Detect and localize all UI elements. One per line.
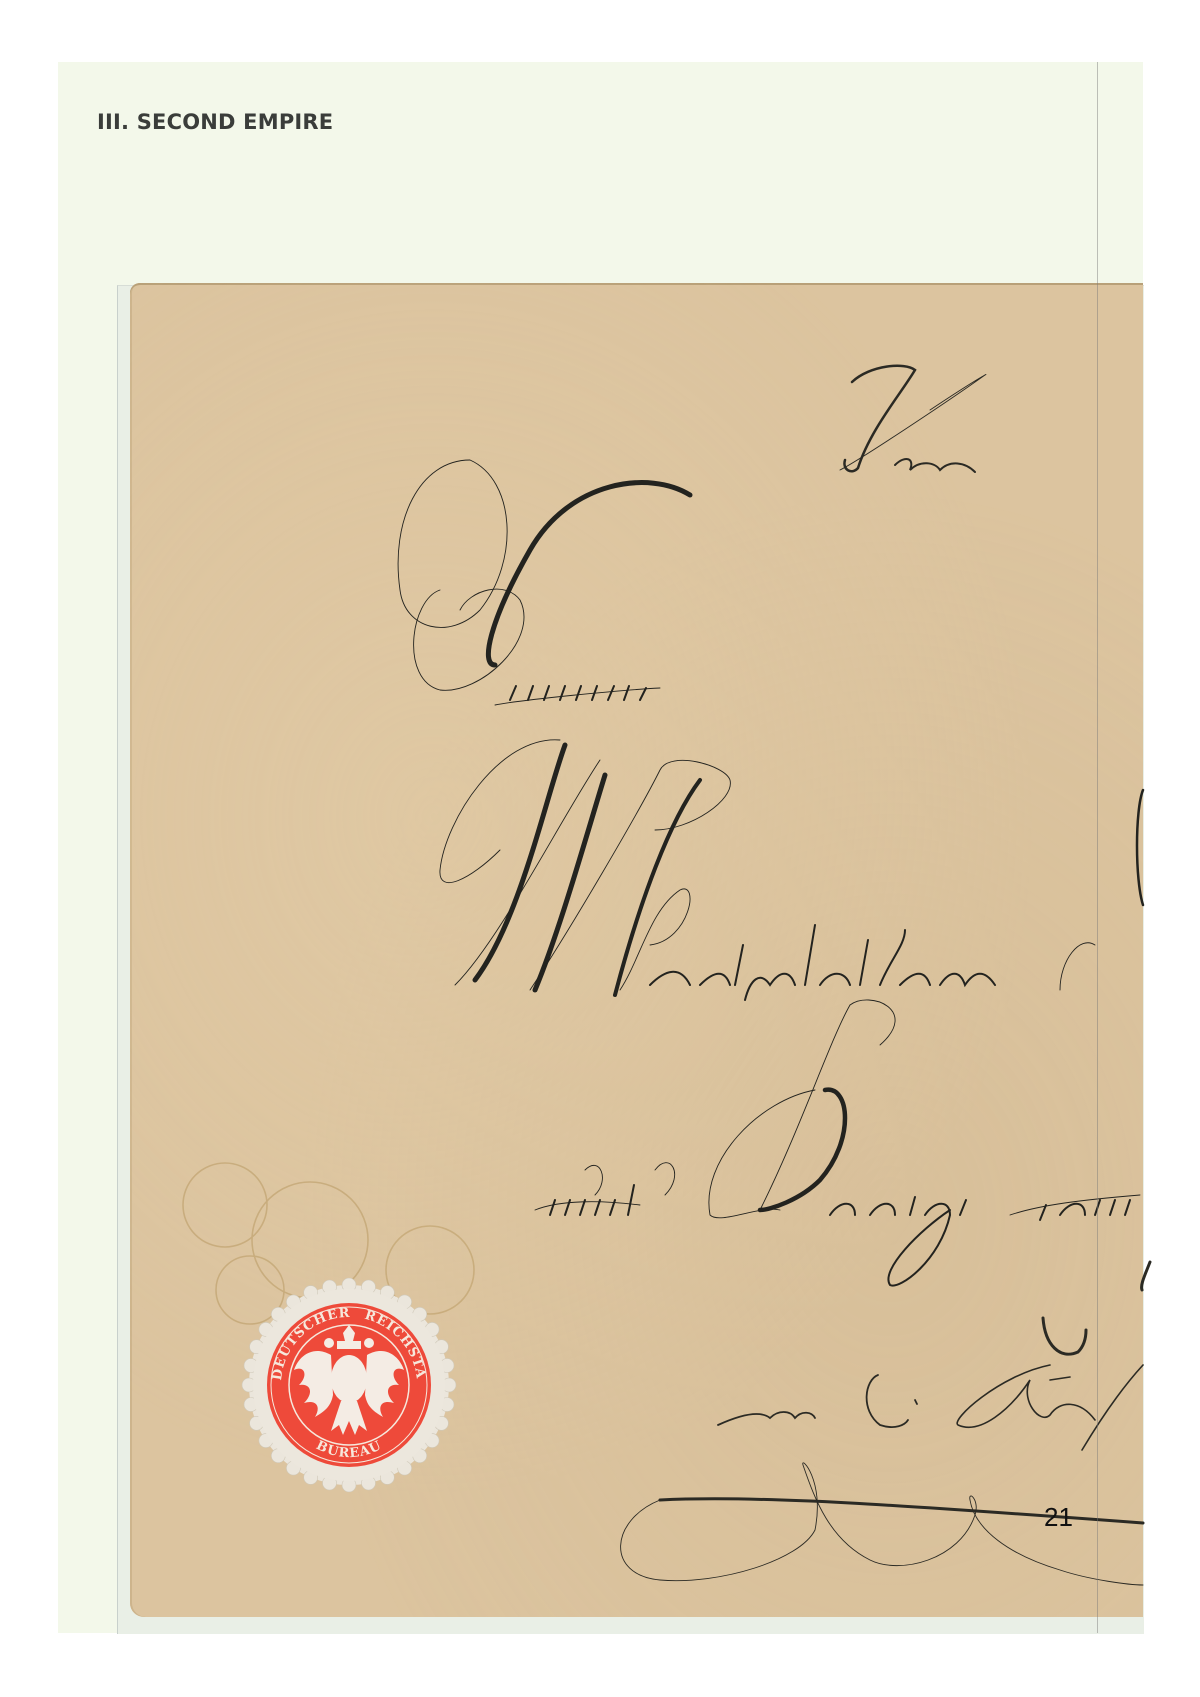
- fold-line: [1097, 62, 1098, 1633]
- envelope: [130, 283, 1143, 1617]
- paper-texture: [130, 283, 1143, 1617]
- section-title: III. SECOND EMPIRE: [97, 110, 333, 134]
- page-number: 21: [1044, 1502, 1073, 1533]
